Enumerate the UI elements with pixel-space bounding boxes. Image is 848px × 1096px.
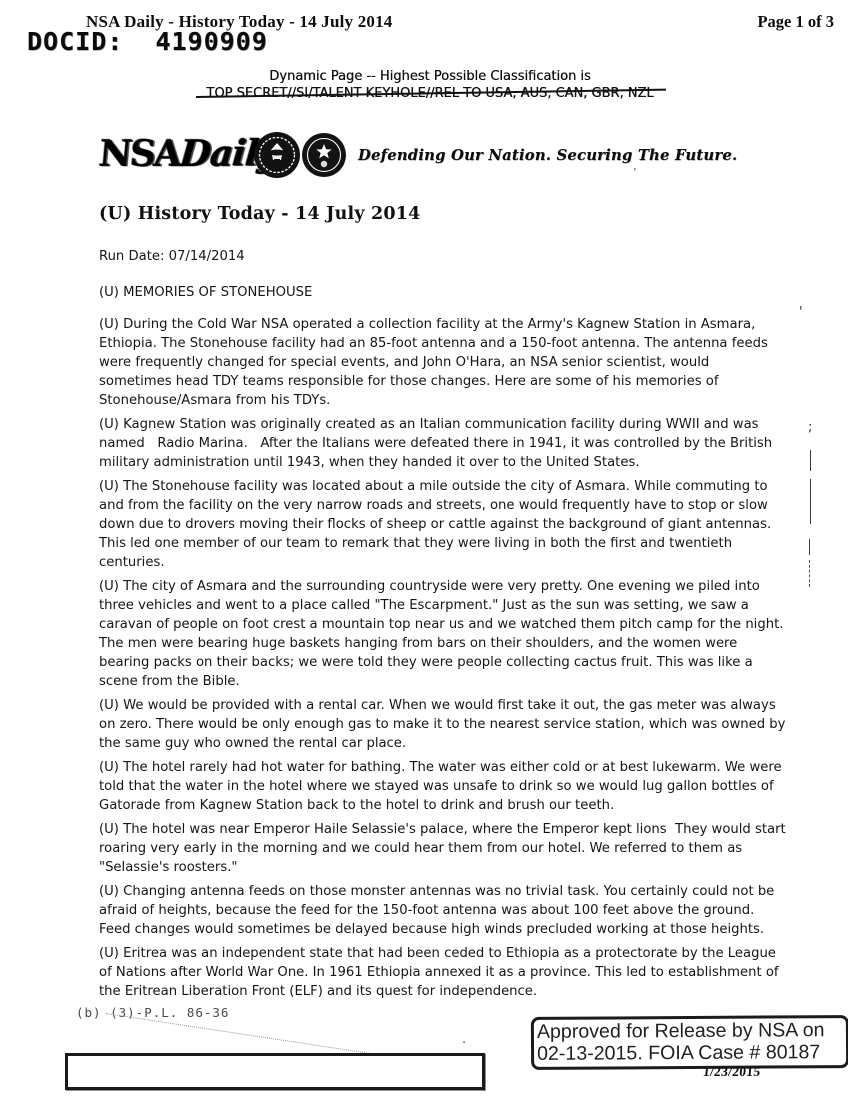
classification-note: Dynamic Page -- Highest Possible Classif… xyxy=(60,68,800,85)
margin-mark xyxy=(810,479,811,524)
docid-stamp: DOCID: 4190909 xyxy=(27,27,268,56)
paragraph: (U) The city of Asmara and the surroundi… xyxy=(99,577,841,691)
redaction-code: (b) (3)-P.L. 86-36 xyxy=(76,1005,229,1020)
paragraph: (U) The hotel rarely had hot water for b… xyxy=(99,758,841,815)
margin-mark xyxy=(809,560,810,587)
scan-artifact: . xyxy=(462,1033,466,1046)
paragraph: (U) The Stonehouse facility was located … xyxy=(99,477,841,572)
run-date: Run Date: 07/14/2014 xyxy=(99,247,841,266)
redaction-box xyxy=(65,1053,485,1090)
margin-mark xyxy=(809,539,810,555)
paragraph: (U) The hotel was near Emperor Haile Sel… xyxy=(99,820,841,877)
paragraph: (U) We would be provided with a rental c… xyxy=(99,696,841,753)
article-subject: (U) MEMORIES OF STONEHOUSE xyxy=(99,283,841,302)
scan-artifact: ' xyxy=(799,306,803,319)
scan-artifact: ’ xyxy=(633,166,637,179)
stamp-line-2: 02-13-2015. FOIA Case # 80187 xyxy=(537,1041,820,1065)
scanned-document-page: NSA Daily - History Today - 14 July 2014… xyxy=(0,0,848,1096)
margin-mark xyxy=(810,450,811,471)
release-stamp: Approved for Release by NSA on02-13-2015… xyxy=(531,1015,848,1070)
paragraph: (U) Kagnew Station was originally create… xyxy=(99,415,841,472)
logo-nsa-text: NSA xyxy=(97,133,182,175)
article-body: Run Date: 07/14/2014 (U) MEMORIES OF STO… xyxy=(99,247,841,1006)
agency-seals xyxy=(253,131,353,179)
article-heading: (U) History Today - 14 July 2014 xyxy=(99,204,421,224)
paragraph: (U) Eritrea was an independent state tha… xyxy=(99,944,841,1001)
stamp-line-1: Approved for Release by NSA on xyxy=(537,1019,825,1043)
classification-banner: Dynamic Page -- Highest Possible Classif… xyxy=(60,68,800,102)
paragraph: (U) During the Cold War NSA operated a c… xyxy=(99,315,841,410)
scan-artifact: ; xyxy=(808,421,812,434)
nsa-seal-icon xyxy=(254,132,300,178)
paragraph: (U) Changing antenna feeds on those mons… xyxy=(99,882,841,939)
css-seal-icon xyxy=(302,133,346,177)
tagline: Defending Our Nation. Securing The Futur… xyxy=(358,147,737,164)
stamp-date: 1/23/2015 xyxy=(702,1064,761,1080)
page-number: Page 1 of 3 xyxy=(757,12,834,32)
